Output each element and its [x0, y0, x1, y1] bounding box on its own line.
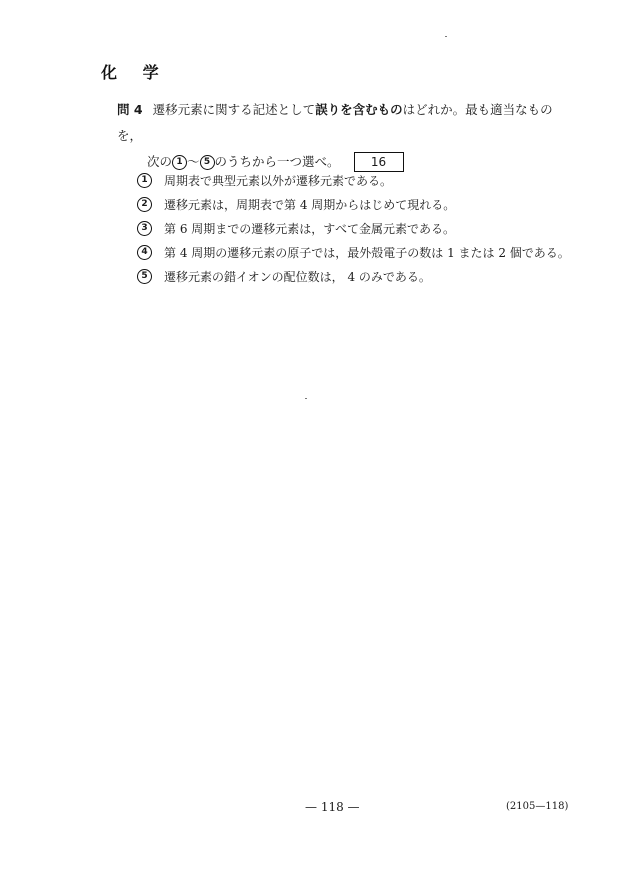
- circled-number-icon: 4: [137, 245, 152, 260]
- document-code: (2105—118): [506, 801, 568, 812]
- circled-number-icon: 2: [137, 197, 152, 212]
- option-item: 3 第 6 周期までの遷移元素は，すべて金属元素である。: [137, 216, 570, 240]
- option-item: 1 周期表で典型元素以外が遷移元素である。: [137, 168, 570, 192]
- circled-number-icon: 3: [137, 221, 152, 236]
- subject-heading: 化 学: [101, 60, 169, 83]
- option-text: 遷移元素は，周期表で第 4 周期からはじめて現れる。: [164, 196, 455, 213]
- question-text-before: 遷移元素に関する記述として: [153, 102, 316, 117]
- question-line-1: 問 4遷移元素に関する記述として誤りを含むものはどれか。最も適当なものを，: [117, 97, 577, 149]
- question-emphasis: 誤りを含むもの: [315, 102, 403, 117]
- option-item: 2 遷移元素は，周期表で第 4 周期からはじめて現れる。: [137, 192, 570, 216]
- options-list: 1 周期表で典型元素以外が遷移元素である。 2 遷移元素は，周期表で第 4 周期…: [137, 168, 570, 288]
- page-number: — 118 —: [305, 800, 360, 814]
- option-item: 5 遷移元素の錯イオンの配位数は， 4 のみである。: [137, 264, 570, 288]
- option-text: 第 4 周期の遷移元素の原子では，最外殻電子の数は 1 または 2 個である。: [164, 244, 570, 261]
- option-item: 4 第 4 周期の遷移元素の原子では，最外殻電子の数は 1 または 2 個である…: [137, 240, 570, 264]
- question-block: 問 4遷移元素に関する記述として誤りを含むものはどれか。最も適当なものを， 次の…: [117, 97, 577, 175]
- scan-speck: [305, 398, 307, 399]
- option-text: 第 6 周期までの遷移元素は，すべて金属元素である。: [164, 220, 455, 237]
- exam-page: 化 学 問 4遷移元素に関する記述として誤りを含むものはどれか。最も適当なものを…: [0, 0, 620, 876]
- question-label: 問 4: [117, 102, 143, 117]
- circled-number-icon: 1: [137, 173, 152, 188]
- option-text: 遷移元素の錯イオンの配位数は， 4 のみである。: [164, 268, 431, 285]
- circled-number-icon: 5: [137, 269, 152, 284]
- option-text: 周期表で典型元素以外が遷移元素である。: [164, 172, 392, 189]
- scan-speck: [445, 36, 447, 37]
